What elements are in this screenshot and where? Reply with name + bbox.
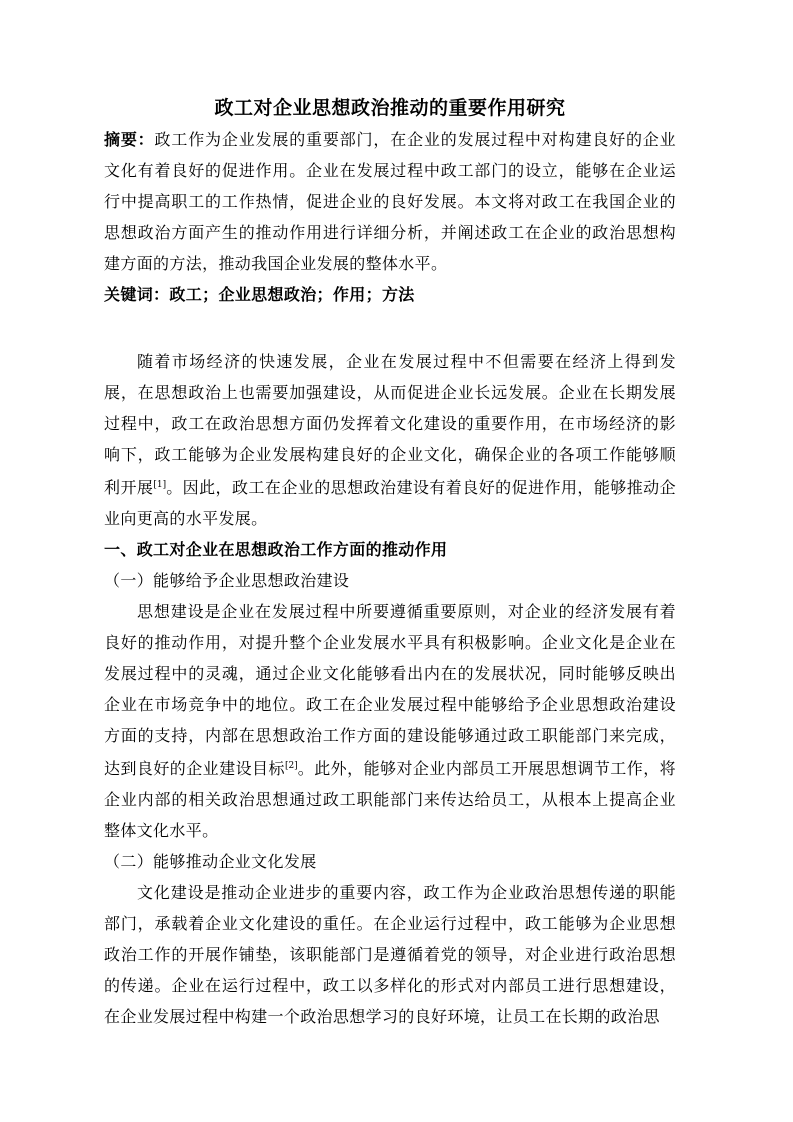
subsection-2-heading: （二）能够推动企业文化发展: [104, 846, 676, 877]
abstract-paragraph: 摘要：政工作为企业发展的重要部门，在企业的发展过程中对构建良好的企业文化有着良好…: [104, 124, 676, 279]
intro-text-2: 。因此，政工在企业的思想政治建设有着良好的促进作用，能够推动企业向更高的水平发展…: [104, 478, 676, 528]
page-title: 政工对企业思想政治推动的重要作用研究: [104, 92, 676, 124]
keywords-label: 关键词：: [104, 285, 169, 304]
subsection-1-heading: （一）能够给予企业思想政治建设: [104, 565, 676, 596]
subsection-1-paragraph: 思想建设是企业在发展过程中所要遵循重要原则，对企业的经济发展有着良好的推动作用，…: [104, 596, 676, 846]
intro-text-1: 随着市场经济的快速发展，企业在发展过程中不但需要在经济上得到发展，在思想政治上也…: [104, 352, 676, 497]
subsection-1-text-1: 思想建设是企业在发展过程中所要遵循重要原则，对企业的经济发展有着良好的推动作用，…: [104, 602, 676, 778]
citation-ref-1: [1]: [153, 480, 166, 490]
intro-paragraph: 随着市场经济的快速发展，企业在发展过程中不但需要在经济上得到发展，在思想政治上也…: [104, 346, 676, 534]
keywords-line: 关键词：政工；企业思想政治；作用；方法: [104, 279, 676, 310]
blank-line: [104, 310, 676, 346]
keywords-text: 政工；企业思想政治；作用；方法: [169, 285, 414, 304]
document-content: 政工对企业思想政治推动的重要作用研究 摘要：政工作为企业发展的重要部门，在企业的…: [104, 92, 676, 1032]
section-1-heading: 一、政工对企业在思想政治工作方面的推动作用: [104, 534, 676, 565]
subsection-2-paragraph: 文化建设是推动企业进步的重要内容，政工作为企业政治思想传递的职能部门，承载着企业…: [104, 877, 676, 1032]
abstract-label: 摘要：: [104, 130, 155, 149]
document-page: 政工对企业思想政治推动的重要作用研究 摘要：政工作为企业发展的重要部门，在企业的…: [0, 0, 793, 1122]
citation-ref-2: [2]: [285, 761, 298, 771]
abstract-text: 政工作为企业发展的重要部门，在企业的发展过程中对构建良好的企业文化有着良好的促进…: [104, 130, 676, 273]
